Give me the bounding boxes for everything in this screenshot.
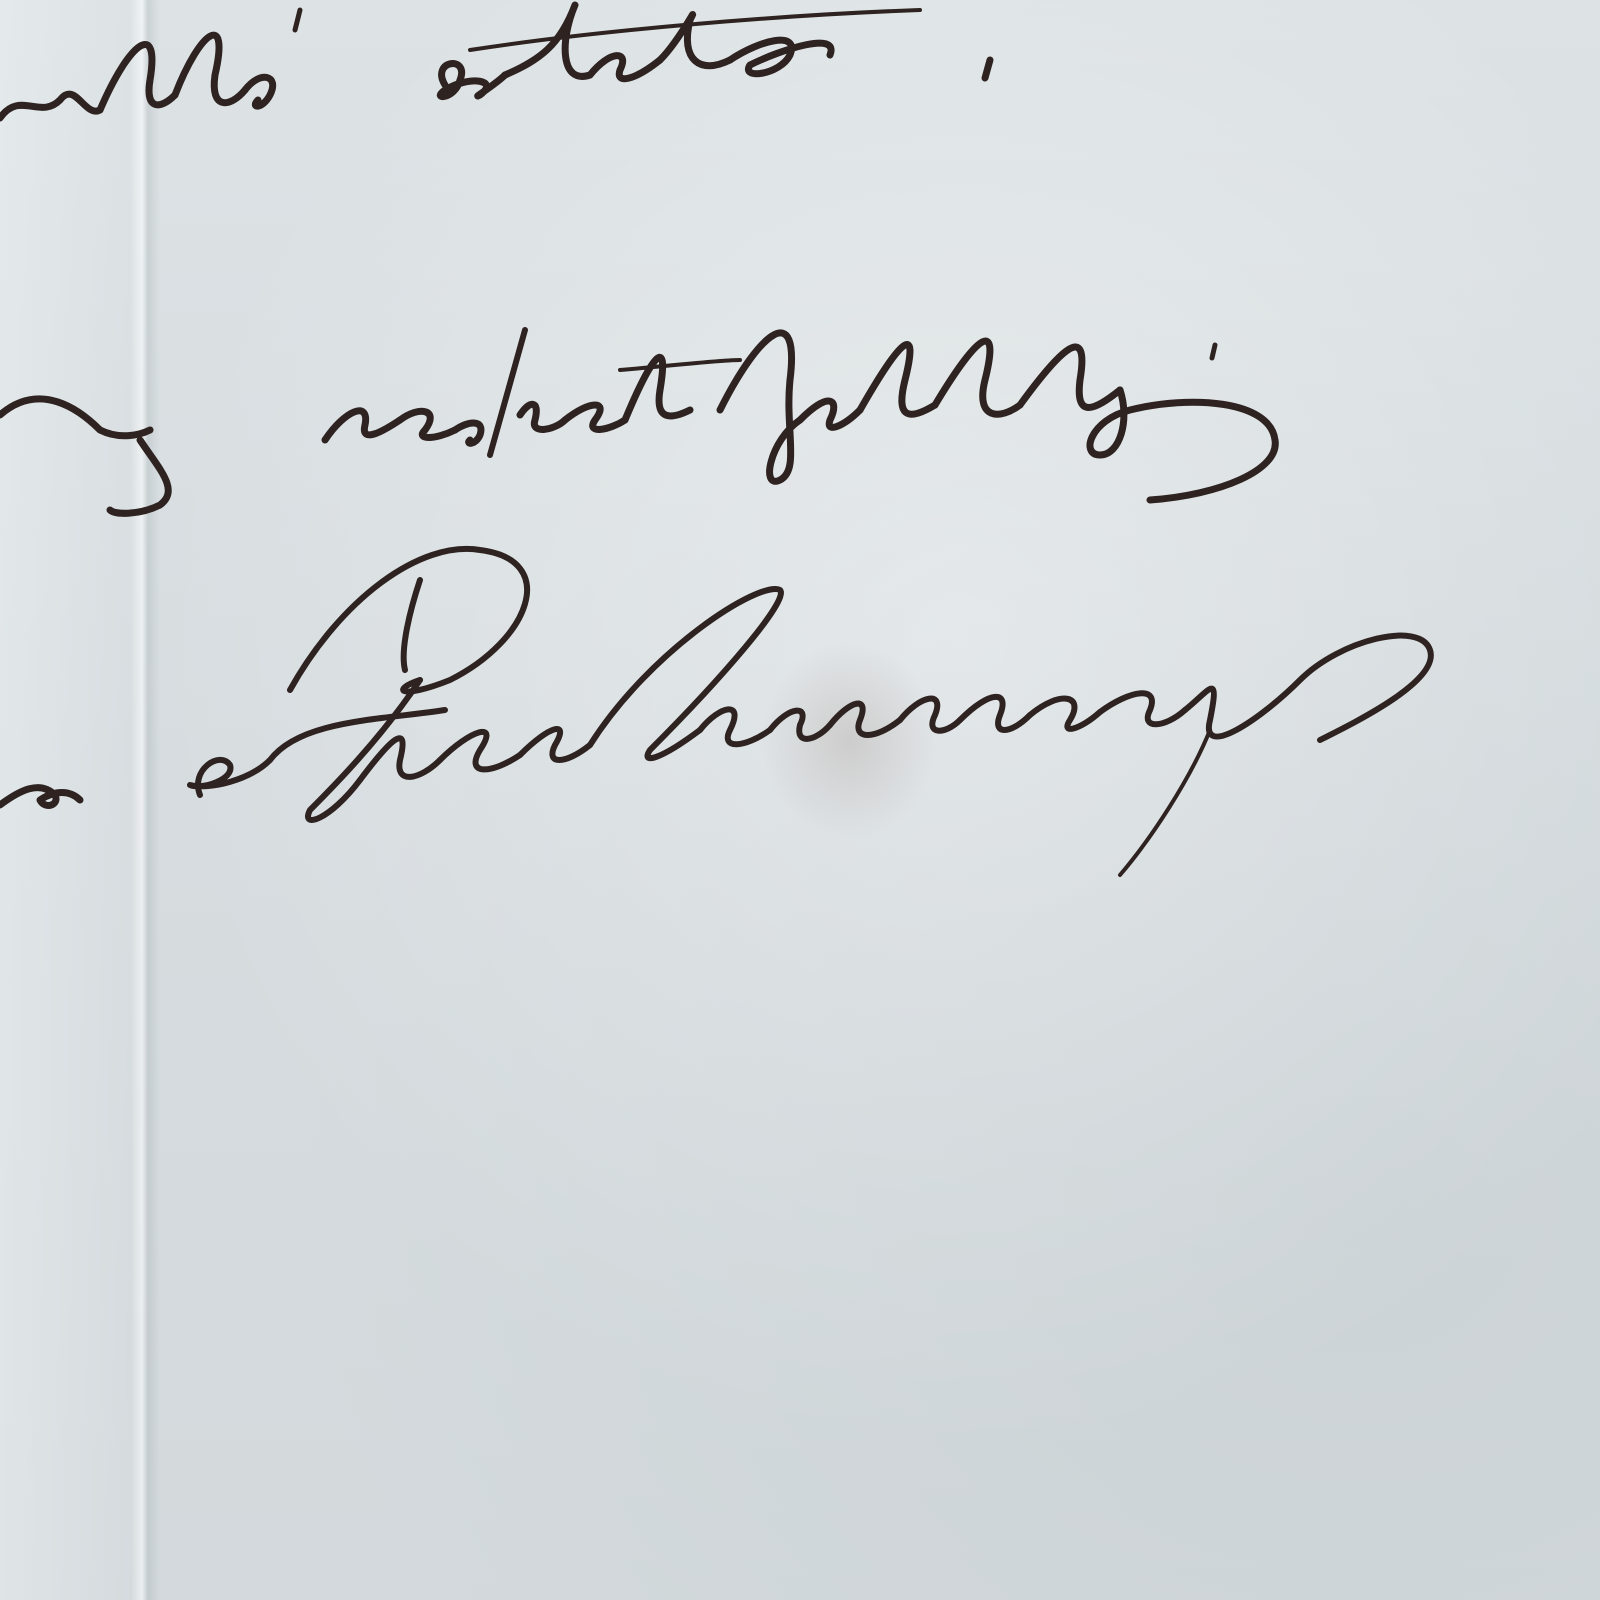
letter-paper: ...wells' estate ; ...very respectfully … <box>0 0 1600 1600</box>
line-buchanan-signature <box>0 549 1431 875</box>
line-wells-estate <box>0 5 990 118</box>
line-very-respectfully <box>0 330 1275 513</box>
handwriting-ink <box>0 0 1600 1600</box>
